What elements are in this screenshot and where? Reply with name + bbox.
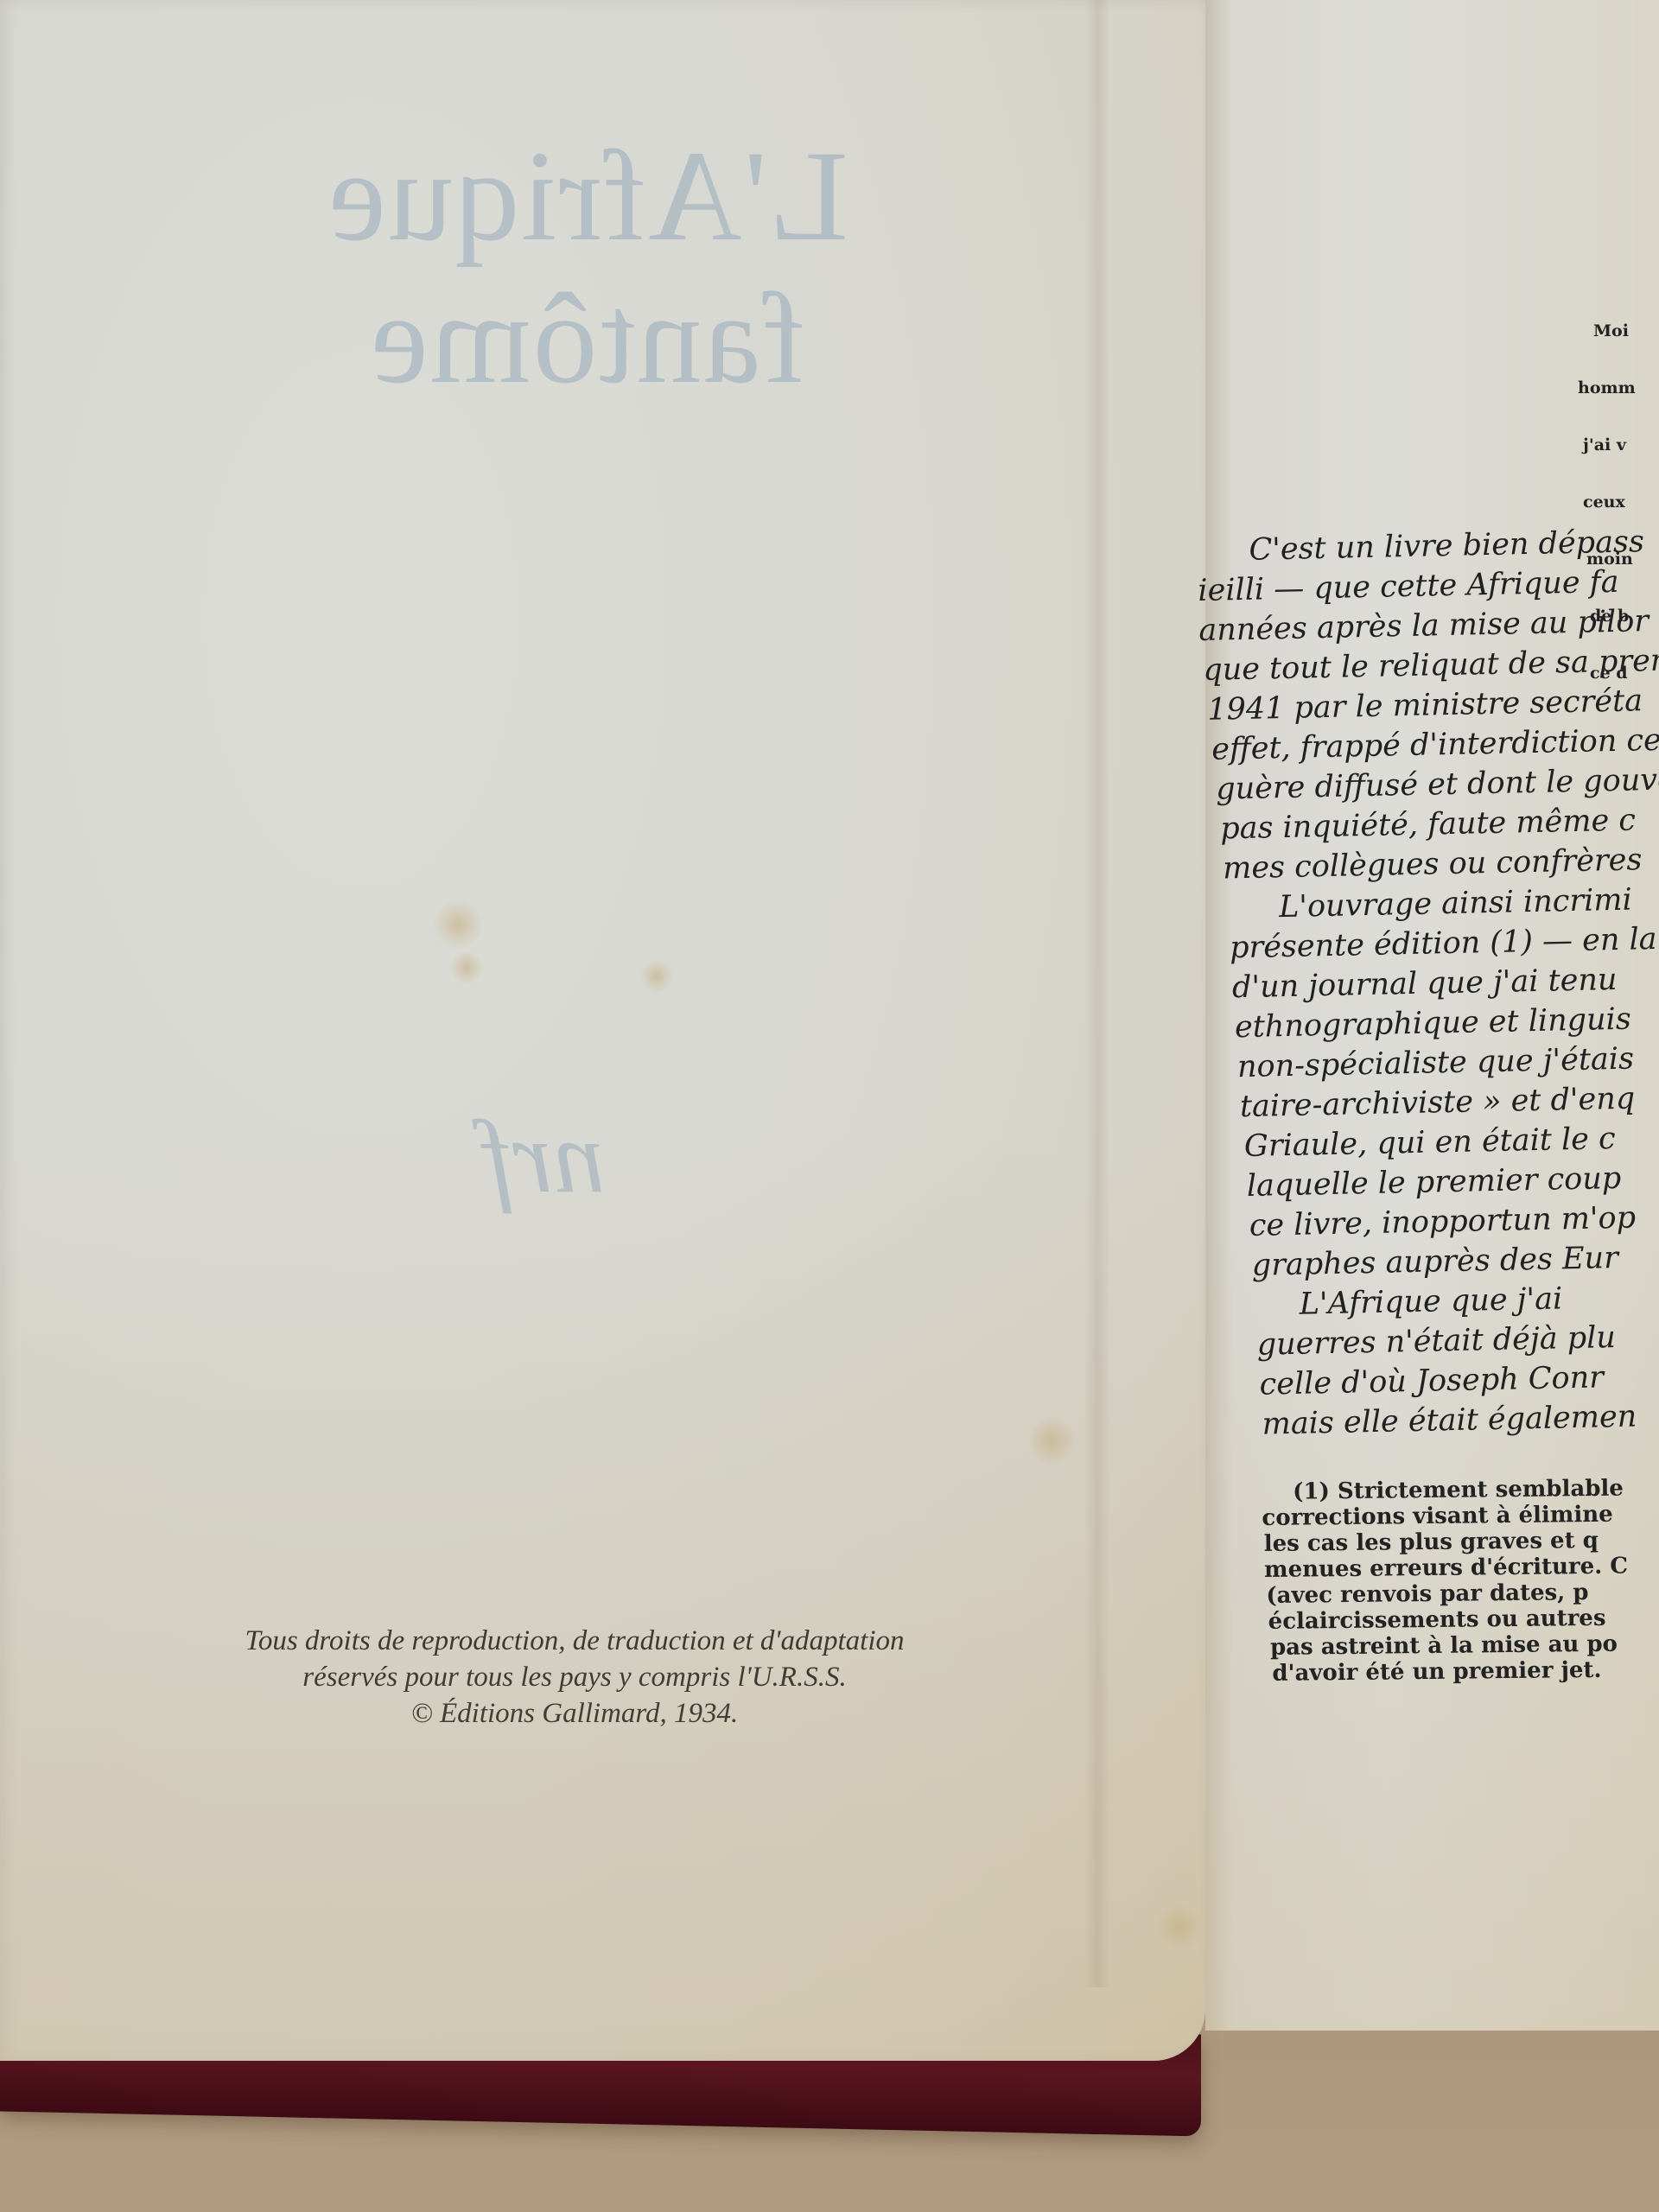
foxing-spot	[449, 950, 484, 985]
epigraph-line: homm	[1578, 378, 1636, 397]
epigraph-line: ceux	[1583, 493, 1636, 512]
footnote: (1) Strictement semblable corrections vi…	[1262, 1476, 1629, 1687]
nrf-logo-icon: nrf	[484, 1097, 605, 1217]
footnote-line: (avec renvois par dates, p	[1262, 1580, 1628, 1609]
copyright-line: Tous droits de reproduction, de traducti…	[130, 1623, 1020, 1659]
footnote-line: pas astreint à la mise au po	[1263, 1631, 1629, 1661]
foxing-spot	[1028, 1417, 1076, 1465]
footnote-line: éclaircissements ou autres	[1263, 1605, 1629, 1635]
foxing-spot	[639, 959, 674, 994]
footnote-line: d'avoir été un premier jet.	[1263, 1657, 1629, 1687]
page-gutter	[1084, 0, 1110, 1987]
copyright-notice: Tous droits de reproduction, de traducti…	[130, 1623, 1020, 1732]
left-page: L'Afrique fantôme nrf Tous droits de rep…	[0, 0, 1205, 2061]
copyright-line: © Éditions Gallimard, 1934.	[130, 1695, 1020, 1732]
preface-body: C'est un livre bien dépass ieilli — que …	[1197, 522, 1659, 1446]
footnote-line: les cas les plus graves et q	[1262, 1528, 1628, 1557]
foxing-spot	[432, 899, 484, 950]
show-through-title: L'Afrique fantôme	[259, 125, 916, 410]
footnote-line: corrections visant à élimine	[1262, 1502, 1627, 1531]
show-through-title-line: L'Afrique	[259, 125, 916, 268]
epigraph-line: Moi	[1588, 321, 1636, 340]
foxing-spot	[1158, 1901, 1201, 1953]
epigraph-line: j'ai v	[1583, 435, 1636, 454]
footnote-line: (1) Strictement semblable	[1262, 1476, 1627, 1505]
copyright-line: réservés pour tous les pays y compris l'…	[130, 1659, 1020, 1695]
show-through-title-line: fantôme	[259, 268, 916, 410]
footnote-line: menues erreurs d'écriture. C	[1262, 1554, 1628, 1583]
